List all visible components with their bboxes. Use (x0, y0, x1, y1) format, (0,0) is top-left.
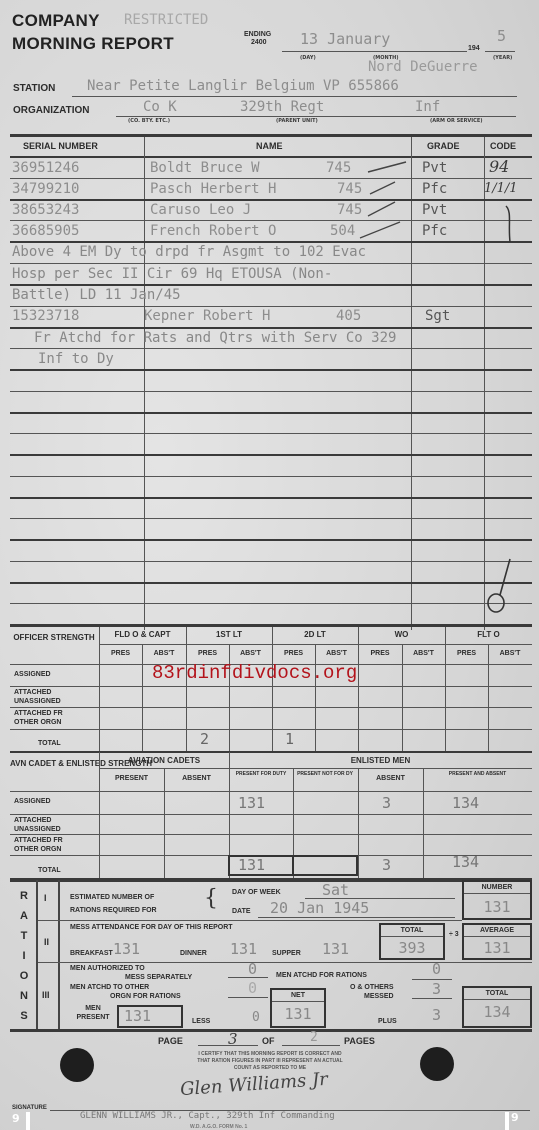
subcol-pres: PRES (445, 650, 488, 657)
page-label: PAGE (158, 1036, 183, 1046)
less-label: LESS (192, 1018, 210, 1025)
soldier-name: Boldt Bruce W (150, 160, 260, 176)
row-assigned: ASSIGNED (14, 671, 51, 678)
group-1st-lt: 1ST LT (186, 630, 272, 639)
atchd-other-orgn-value: 0 (248, 979, 257, 997)
pages-label: PAGES (344, 1036, 375, 1046)
serial-number: 38653243 (12, 202, 79, 218)
binder-hole-left (60, 1048, 94, 1082)
subcol-present-and-absent: PRESENT AND ABSENT (430, 771, 525, 778)
label-line: MEN ATCHD TO OTHER (70, 983, 181, 992)
total-1st-lt-pres: 2 (200, 730, 209, 748)
enlisted-strength-title: AVN CADET & ENLISTED STRENGTH (10, 759, 98, 769)
location-note: Nord DeGuerre (368, 59, 478, 75)
section-i-roman: I (44, 893, 47, 903)
form-title-line2: MORNING REPORT (12, 34, 174, 54)
label-line: ESTIMATED NUMBER OF (70, 891, 157, 904)
pages-value: 2 (310, 1030, 318, 1045)
breakfast-label: BREAKFAST (70, 950, 113, 957)
rations-total-value: 134 (462, 1003, 532, 1021)
o-others-messed-value: 3 (432, 980, 441, 998)
number-value: 131 (462, 898, 532, 916)
dinner-value: 131 (230, 940, 257, 958)
grade: Sgt (425, 308, 450, 324)
org-caption-parent: (PARENT UNIT) (276, 118, 318, 124)
subcol-abst: ABS'T (229, 650, 272, 657)
soldier-name: Caruso Leo J (150, 202, 251, 218)
date-value: 20 Jan 1945 (270, 899, 369, 917)
group-enlisted-men: ENLISTED MEN (229, 756, 532, 765)
col-name: NAME (256, 141, 283, 151)
handwritten-mark-8 (484, 555, 524, 617)
rations-side-label: R A T I O N S (12, 886, 36, 1026)
signature-typed: GLENN WILLIAMS JR., Capt., 329th Inf Com… (80, 1111, 335, 1121)
auth-mess-separately-label: MEN AUTHORIZED TO MESS SEPARATELY (70, 964, 192, 982)
org-company: Co K (143, 99, 177, 115)
net-value: 131 (270, 1005, 326, 1023)
cert-line: COUNT AS REPORTED TO ME (140, 1065, 400, 1072)
subcol-abst: ABS'T (488, 650, 532, 657)
section-i-label: ESTIMATED NUMBER OF RATIONS REQUIRED FOR (70, 891, 157, 917)
serial-number: 34799210 (12, 181, 79, 197)
handwritten-check-marks (340, 160, 539, 250)
col-code: CODE (490, 141, 516, 151)
date-label: DATE (232, 908, 251, 915)
row-attached-unassigned: ATTACHED UNASSIGNED (14, 816, 84, 834)
total-pnfd-box (292, 855, 358, 876)
rations-total-label: TOTAL (462, 990, 532, 997)
soldier-name: Pasch Herbert H (150, 181, 276, 197)
org-parent-unit: 329th Regt (240, 99, 324, 115)
remark-line: Fr Atchd for Rats and Qtrs with Serv Co … (34, 330, 396, 346)
men-present-value: 131 (124, 1007, 151, 1025)
letter: T (12, 926, 36, 946)
average-label: AVERAGE (462, 927, 532, 934)
form-note: W.D. A.G.O. FORM No. 1 (190, 1124, 247, 1130)
subcol-abst: ABS'T (315, 650, 358, 657)
less-value: 0 (252, 1010, 260, 1025)
ending-time: 2400 (244, 39, 271, 47)
remark-line: Battle) LD 11 Jan/45 (12, 287, 181, 303)
section-iii-roman: III (42, 990, 50, 1000)
station-label: STATION (13, 83, 55, 94)
label-line: RATIONS REQUIRED FOR (70, 904, 157, 917)
row-attached-other-orgn: ATTACHED FR OTHER ORGN (14, 709, 84, 727)
day-of-week-label: DAY OF WEEK (232, 889, 281, 896)
subcol-pres: PRES (186, 650, 229, 657)
ending-label: ENDING 2400 (244, 31, 271, 47)
total-value: 393 (379, 939, 445, 957)
mess-attendance-label: MESS ATTENDANCE FOR DAY OF THIS REPORT (70, 924, 233, 931)
net-label: NET (270, 992, 326, 999)
total-present-and-absent: 134 (452, 853, 479, 871)
ending-text: ENDING (244, 31, 271, 39)
letter: S (12, 1006, 36, 1026)
soldier-name: Kepner Robert H (144, 308, 270, 324)
number-label: NUMBER (462, 884, 532, 891)
subcol-absent: ABSENT (164, 775, 229, 782)
breakfast-value: 131 (113, 940, 140, 958)
officer-strength-title: OFFICER STRENGTH (10, 633, 98, 643)
col-grade: GRADE (427, 141, 460, 151)
brace-icon: { (204, 886, 218, 911)
supper-label: SUPPER (272, 950, 301, 957)
atchd-for-rations-value: 0 (432, 960, 441, 978)
day-of-week-value: Sat (322, 881, 349, 899)
average-value: 131 (462, 939, 532, 957)
men-present-label: MEN PRESENT (70, 1004, 116, 1022)
label-line: MEN AUTHORIZED TO (70, 964, 192, 973)
subcol-pres: PRES (99, 650, 142, 657)
label-line: O & OTHERS (350, 983, 394, 992)
letter: O (12, 966, 36, 986)
subcol-absent: ABSENT (358, 775, 423, 782)
form-title-line1: COMPANY (12, 11, 100, 31)
subcol-abst: ABS'T (402, 650, 445, 657)
org-caption-co: (CO. BTY. ETC.) (128, 118, 170, 124)
section-ii-roman: II (44, 937, 49, 947)
dinner-label: DINNER (180, 950, 207, 957)
group-wo: WO (358, 630, 445, 639)
total-2d-lt-pres: 1 (285, 730, 294, 748)
letter: R (12, 886, 36, 906)
row-attached-other-orgn: ATTACHED FR OTHER ORGN (14, 836, 84, 854)
row-total: TOTAL (38, 867, 61, 874)
subcol-present-for-duty: PRESENT FOR DUTY (232, 771, 290, 778)
assigned-present-and-absent: 134 (452, 794, 479, 812)
row-attached-unassigned: ATTACHED UNASSIGNED (14, 688, 84, 706)
total-absent: 3 (382, 856, 391, 874)
row-assigned: ASSIGNED (14, 798, 51, 805)
subcol-pres: PRES (272, 650, 315, 657)
label-line: MESS SEPARATELY (70, 973, 192, 982)
signature-label: SIGNATURE (12, 1105, 47, 1111)
label-line: ORGN FOR RATIONS (70, 992, 181, 1001)
of-label: OF (262, 1036, 275, 1046)
subcol-pres: PRES (358, 650, 402, 657)
letter: I (12, 946, 36, 966)
watermark: 83rdinfdivdocs.org (152, 662, 357, 684)
group-aviation-cadets: AVIATION CADETS (99, 756, 229, 765)
plus-value: 3 (432, 1006, 441, 1024)
label-line: MESSED (350, 992, 394, 1001)
year-value: 5 (497, 27, 506, 45)
page-value: 3 (228, 1030, 238, 1048)
supper-value: 131 (322, 940, 349, 958)
cert-line: THAT RATION FIGURES IN PART III REPRESEN… (140, 1058, 400, 1065)
plus-label: PLUS (378, 1018, 397, 1025)
subcol-present-not-for-duty: PRESENT NOT FOR DY (296, 771, 354, 778)
letter: A (12, 906, 36, 926)
subcol-abst: ABS'T (142, 650, 186, 657)
serial-number: 15323718 (12, 308, 79, 324)
org-caption-arm: (ARM OR SERVICE) (430, 118, 483, 124)
col-serial-number: SERIAL NUMBER (23, 141, 98, 151)
certification-text: I CERTIFY THAT THIS MORNING REPORT IS CO… (140, 1051, 400, 1072)
corner-mark-left: 9 (12, 1112, 20, 1125)
serial-number: 36951246 (12, 160, 79, 176)
mos-code: 405 (336, 308, 361, 324)
year-caption: (YEAR) (493, 55, 512, 61)
group-2d-lt: 2D LT (272, 630, 358, 639)
atchd-for-rations-label: MEN ATCHD FOR RATIONS (276, 972, 367, 979)
corner-bar-left (26, 1112, 30, 1130)
atchd-other-orgn-label: MEN ATCHD TO OTHER ORGN FOR RATIONS (70, 983, 181, 1001)
org-arm: Inf (415, 99, 440, 115)
corner-mark-right: 9 (511, 1111, 519, 1124)
row-total: TOTAL (38, 740, 61, 747)
binder-hole-right (420, 1047, 454, 1081)
handwritten-signature: Glen Williams Jr (179, 1069, 328, 1100)
cert-line: I CERTIFY THAT THIS MORNING REPORT IS CO… (140, 1051, 400, 1058)
morning-report-form: COMPANY RESTRICTED MORNING REPORT ENDING… (0, 0, 539, 1130)
remark-line: Inf to Dy (38, 351, 114, 367)
year-prefix: 194 (468, 45, 480, 52)
remark-line: Hosp per Sec II Cir 69 Hq ETOUSA (Non- (12, 266, 332, 282)
total-present-for-duty: 131 (238, 856, 265, 874)
restricted-stamp: RESTRICTED (124, 12, 208, 28)
serial-number: 36685905 (12, 223, 79, 239)
assigned-present-for-duty: 131 (238, 794, 265, 812)
remark-line: Above 4 EM Dy to drpd fr Asgmt to 102 Ev… (12, 244, 366, 260)
total-label: TOTAL (379, 927, 445, 934)
auth-mess-separately-value: 0 (248, 960, 257, 978)
letter: N (12, 986, 36, 1006)
group-flt-o: FLT O (445, 630, 532, 639)
organization-label: ORGANIZATION (13, 105, 89, 116)
day-caption: (DAY) (300, 55, 316, 61)
group-fld-o-capt: FLD O & CAPT (99, 630, 186, 639)
assigned-absent: 3 (382, 794, 391, 812)
corner-bar-right (505, 1112, 509, 1130)
station-value: Near Petite Langlir Belgium VP 655866 (87, 78, 399, 94)
o-others-messed-label: O & OTHERS MESSED (350, 983, 394, 1001)
divide-sign: ÷ 3 (449, 930, 459, 940)
report-date: 13 January (300, 30, 390, 48)
soldier-name: French Robert O (150, 223, 276, 239)
subcol-present: PRESENT (99, 775, 164, 782)
